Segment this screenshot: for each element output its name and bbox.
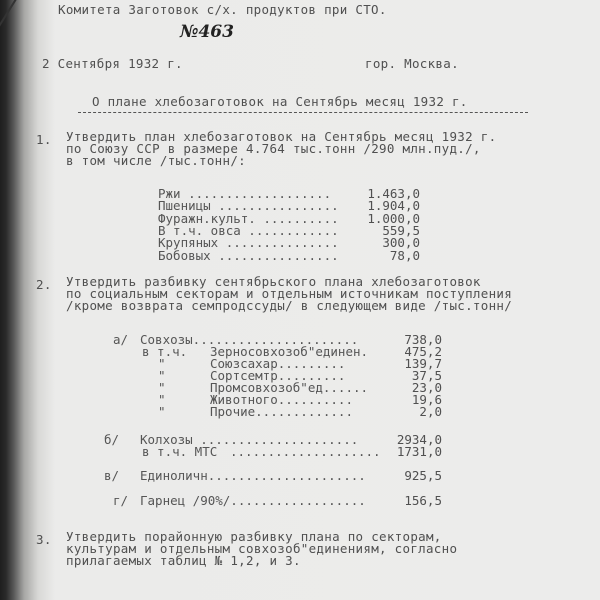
item2-row-prefix: б/ xyxy=(104,433,119,446)
committee-line: Комитета Заготовок с/х. продуктов при СТ… xyxy=(58,3,387,16)
city: гор. Москва. xyxy=(365,57,459,70)
item3-line-3: прилагаемых таблиц № 1,2, и 3. xyxy=(66,554,301,567)
item2-row-value: 156,5 xyxy=(380,494,442,507)
date: 2 Сентября 1932 г. xyxy=(42,57,183,70)
item2-row-prefix: а/ xyxy=(113,333,128,346)
item2-row-label: .................... xyxy=(230,445,381,458)
document-title: О плане хлебозаготовок на Сентябрь месяц… xyxy=(92,95,468,108)
item2-row-sub: в т.ч. МТС xyxy=(142,445,217,458)
item2-row-value: 2,0 xyxy=(380,405,442,418)
item1-number: 1. xyxy=(36,133,52,146)
item2-row-sub: " xyxy=(158,405,166,418)
item2-row-value: 925,5 xyxy=(380,469,442,482)
item2-row-label: Гарнец /90%/.................. xyxy=(140,494,366,507)
item2-number: 2. xyxy=(36,278,52,291)
item2-row-prefix: в/ xyxy=(104,469,119,482)
item2-line-3: /кроме возврата семпродссуды/ в следующе… xyxy=(66,299,512,312)
item2-row-label: Единоличн..................... xyxy=(140,469,366,482)
item2-row-label: Прочие............. xyxy=(210,405,353,418)
item1-line-3: в том числе /тыс.тонн/: xyxy=(66,154,246,167)
item1-row-value: 78,0 xyxy=(360,249,420,262)
item2-row-prefix: г/ xyxy=(113,494,128,507)
title-underline xyxy=(78,112,528,113)
item3-number: 3. xyxy=(36,533,52,546)
item2-row-value: 1731,0 xyxy=(380,445,442,458)
document-number: №463 xyxy=(180,22,234,42)
item1-row-label: Бобовых ................ xyxy=(158,249,339,262)
